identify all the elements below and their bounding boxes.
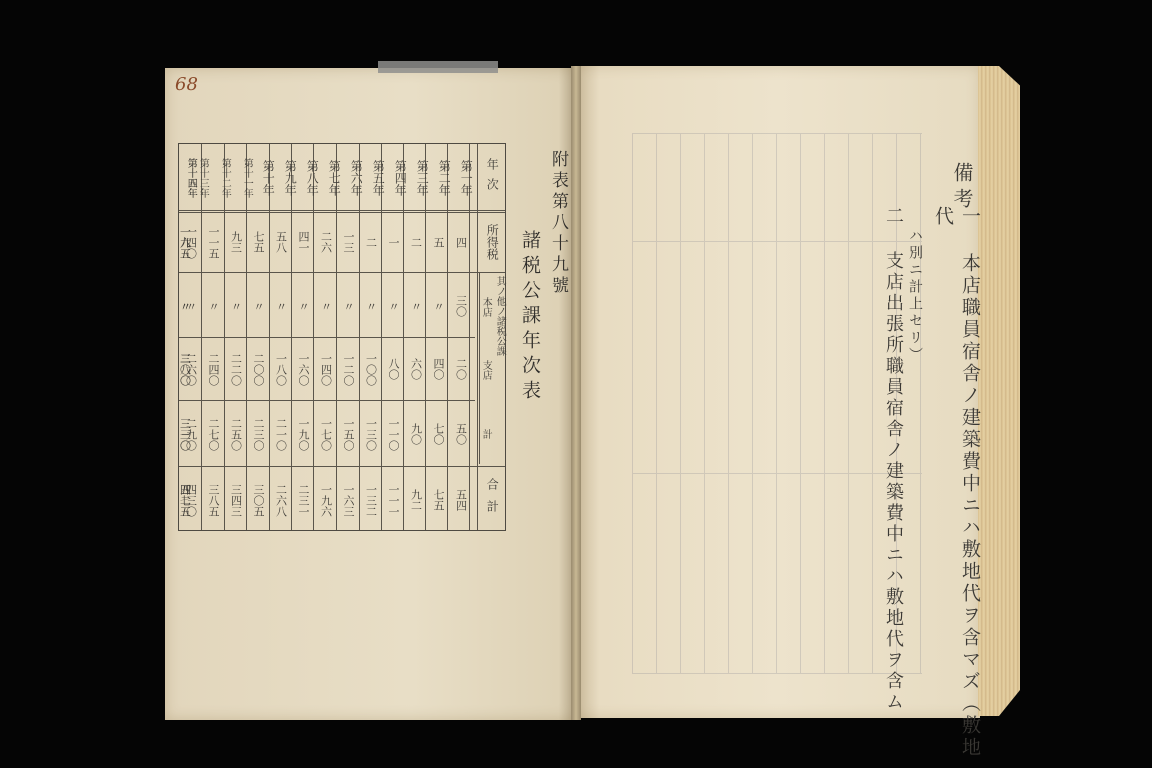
note-1-continuation: ハ別ニ計上セリ） [905,228,925,364]
head-office-cell: 〃 [253,276,275,336]
grand-total-cell: 一六三 [343,470,365,530]
header-subtotal: 計 [479,404,491,464]
year-cell: 第三年 [411,146,433,210]
year-cell: 第九年 [279,146,301,210]
row-divider [179,466,505,467]
branch-cell: 六〇 [410,340,432,398]
head-office-cell: 〃 [388,276,410,336]
grand-total-cell: 一一一 [388,470,410,530]
branch-cell: 二〇〇 [253,340,275,398]
head-office-cell: 〃 [230,276,252,336]
header-other-taxes: 其ノ他ノ諸税公課 [491,276,507,466]
year-cell: 第十二年 [213,146,235,210]
subtotal-cell: 一一〇 [388,404,410,464]
income-tax-cell: 一一五 [208,214,230,270]
subtotal-cell: 一三〇 [365,404,387,464]
header-branch: 支店 [479,342,491,397]
grand-total-cell: 二六八 [275,470,297,530]
grand-total-cell: 一三二 [365,470,387,530]
grand-total-cell: 七五 [433,470,455,530]
subtotal-cell: 九〇 [410,404,432,464]
col-divider [477,144,478,530]
header-income-tax: 所得税 [479,214,505,270]
head-office-cell: 〃 [433,276,455,336]
year-cell: 第一年 [455,146,477,210]
head-office-cell: 〃 [410,276,432,336]
head-office-cell: 三〇 [455,276,477,336]
subtotal-cell: 一五〇 [343,404,365,464]
subtotal-cell: 二一〇 [275,404,297,464]
branch-cell: 一四〇 [320,340,342,398]
book-gutter [571,66,581,720]
grand-total-cell: 五二五 [179,470,201,530]
income-tax-cell: 九三 [230,214,252,270]
head-office-cell: 〃 [208,276,230,336]
head-office-cell: 〃 [365,276,387,336]
head-office-cell: 〃 [298,276,320,336]
income-tax-cell: 一九五 [179,214,201,270]
subtotal-cell: 二七〇 [208,404,230,464]
grand-total-cell: 一九六 [320,470,342,530]
grand-total-cell: 五四 [455,470,477,530]
note-2: 二 支店出張所職員宿舎ノ建築費中ニハ敷地代ヲ含ム [880,206,906,713]
income-tax-cell: 四 [455,214,477,270]
branch-cell: 四〇 [433,340,455,398]
year-cell: 第十一年 [235,146,257,210]
head-office-cell: 〃 [320,276,342,336]
tape-strip [378,61,498,73]
subtotal-cell: 一七〇 [320,404,342,464]
bleed-through-grid [632,133,922,673]
page-number-left: 68 [175,74,198,95]
year-cell: 第十年 [257,146,279,210]
row-divider [179,272,505,273]
branch-cell: 八〇 [388,340,410,398]
branch-cell: 三〇〇 [179,340,201,398]
table-title: 諸税公課年次表 [517,230,544,405]
subtotal-cell: 一九〇 [298,404,320,464]
income-tax-cell: 二 [410,214,432,270]
income-tax-cell: 五八 [275,214,297,270]
income-tax-cell: 二 [365,214,387,270]
grand-total-cell: 九二 [410,470,432,530]
page-block-edge [978,66,1020,716]
year-cell: 第十五年 [179,146,201,210]
branch-cell: 一六〇 [298,340,320,398]
income-tax-cell: 二六 [320,214,342,270]
head-office-cell: 〃 [179,276,201,336]
grand-total-cell: 三〇五 [253,470,275,530]
branch-cell: 一二〇 [343,340,365,398]
year-cell: 第六年 [345,146,367,210]
year-cell: 第八年 [301,146,323,210]
income-tax-cell: 一三 [343,214,365,270]
grand-total-cell: 三八五 [208,470,230,530]
head-office-cell: 〃 [343,276,365,336]
branch-cell: 二四〇 [208,340,230,398]
grand-total-cell: 二三一 [298,470,320,530]
row-divider [179,210,505,213]
subtotal-cell: 三三〇 [179,404,201,464]
header-year: 年次 [479,146,505,210]
grand-total-cell: 三四三 [230,470,252,530]
header-grand-total: 合計 [479,470,505,530]
year-cell: 第五年 [367,146,389,210]
subtotal-cell: 五〇 [455,404,477,464]
income-tax-cell: 五 [433,214,455,270]
income-tax-cell: 一 [388,214,410,270]
branch-cell: 二〇 [455,340,477,398]
year-cell: 第二年 [433,146,455,210]
branch-cell: 二二〇 [230,340,252,398]
branch-cell: 一〇〇 [365,340,387,398]
subtotal-cell: 二三〇 [253,404,275,464]
branch-cell: 一八〇 [275,340,297,398]
header-head-office: 本店 [479,279,491,334]
subtotal-cell: 七〇 [433,404,455,464]
head-office-cell: 〃 [275,276,297,336]
table-number-title: 附表第八十九號 [546,150,571,297]
note-1: 一 本店職員宿舎ノ建築費中ニハ敷地代ヲ含マズ（敷地代 [930,206,984,768]
income-tax-cell: 四一 [298,214,320,270]
subtotal-cell: 二五〇 [230,404,252,464]
income-tax-cell: 七五 [253,214,275,270]
tax-table: 年次 所得税 其ノ他ノ諸税公課 本店 支店 計 合計 第一年 第二年 第三年 第… [178,143,506,531]
year-cell: 第四年 [389,146,411,210]
year-cell: 第七年 [323,146,345,210]
